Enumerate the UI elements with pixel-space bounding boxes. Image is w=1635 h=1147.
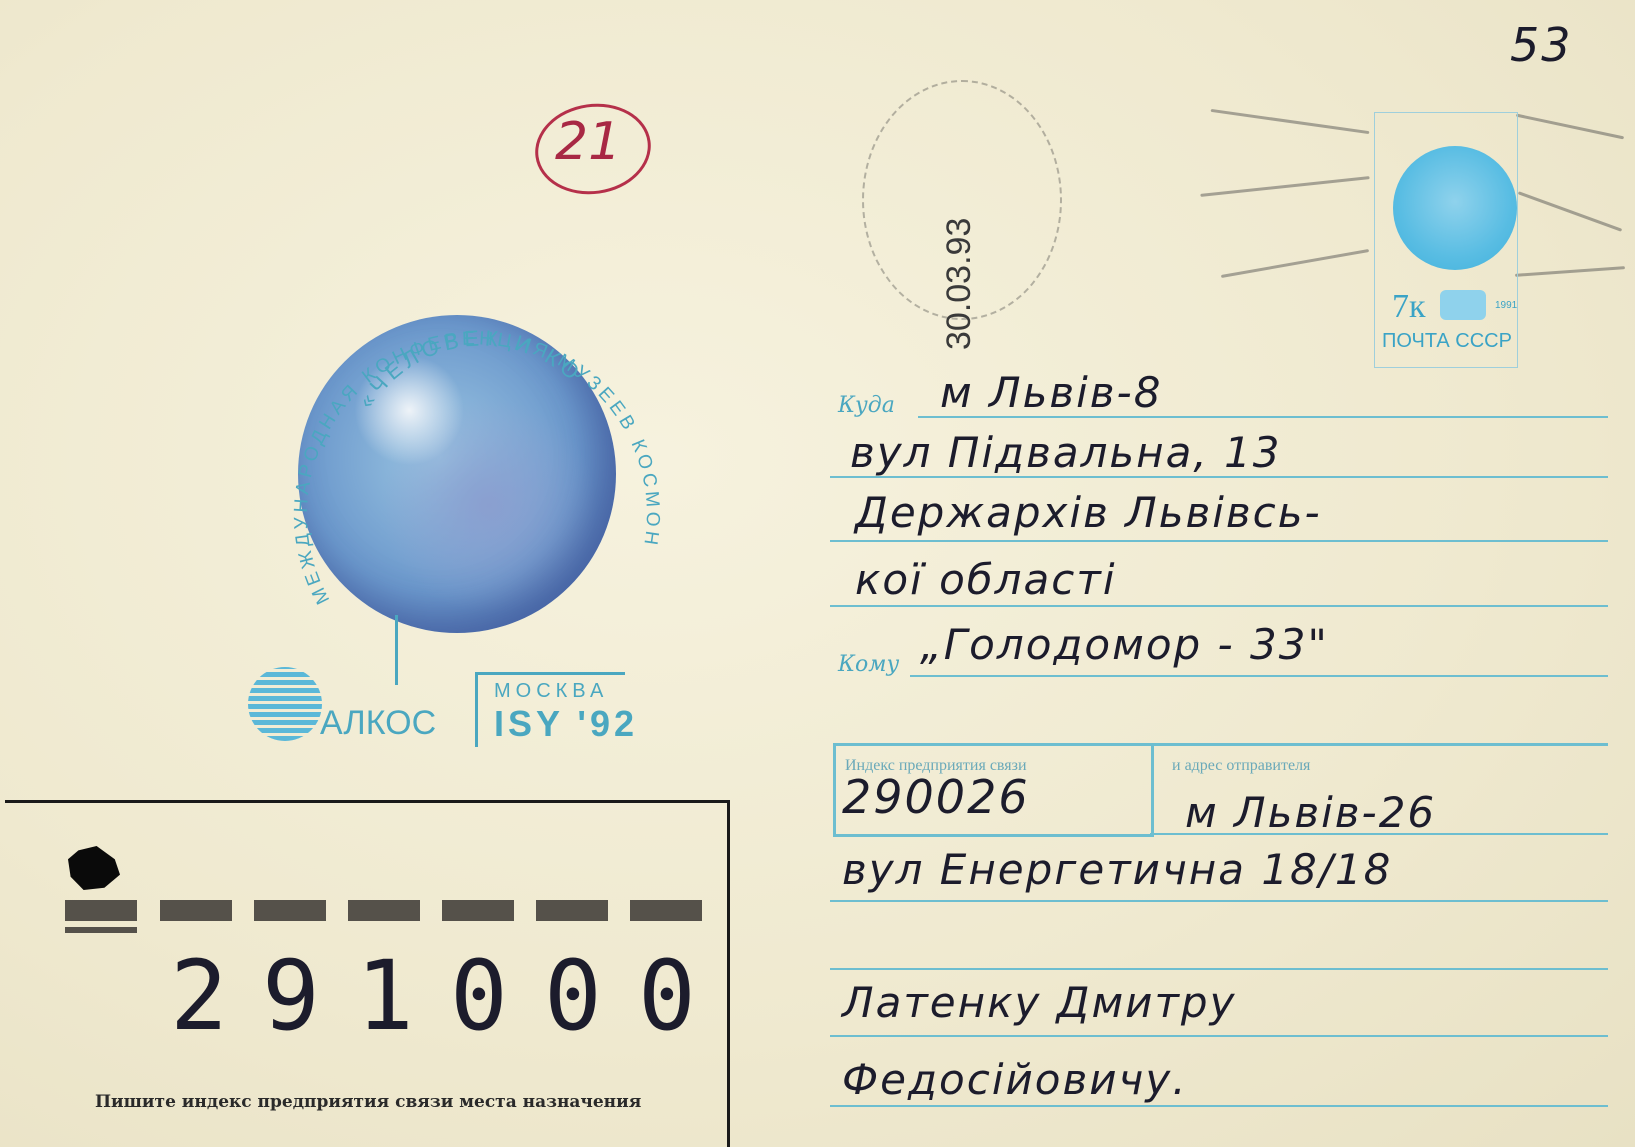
address-rule — [830, 968, 1608, 970]
recipient-line-2: вул Підвальна, 13 — [850, 428, 1282, 477]
postal-code-divider — [727, 800, 730, 1147]
globe-airplane-ship-icon — [1393, 146, 1517, 270]
code-bar — [65, 900, 137, 921]
code-bar-underline — [65, 927, 137, 933]
kuda-label: Куда — [838, 393, 895, 418]
address-rule — [830, 900, 1608, 902]
conference-arc-text: МЕЖДУНАРОДНАЯ КОНФЕРЕНЦИЯ МУЗЕЕВ КОСМОНА… — [250, 240, 670, 660]
code-bar — [442, 900, 514, 921]
stand-line — [475, 672, 478, 747]
postal-digit: 2 — [170, 940, 228, 1052]
code-bar — [536, 900, 608, 921]
postal-digit: 0 — [544, 940, 602, 1052]
recipient-name: „Голодомор - 33" — [920, 620, 1329, 669]
address-rule — [918, 416, 1608, 418]
alkos-logo-icon — [248, 667, 322, 741]
recipient-line-1: м Львів-8 — [940, 368, 1162, 417]
sender-line-3: Латенку Дмитру — [842, 978, 1236, 1027]
postal-code-divider — [5, 800, 730, 803]
code-bar — [160, 900, 232, 921]
postmark-date: 30.03.93 — [940, 218, 979, 350]
sender-top-rule — [1150, 743, 1608, 746]
recipient-line-4: кої області — [855, 555, 1117, 604]
corner-mark: 53 — [1510, 18, 1573, 72]
address-rule — [830, 1105, 1608, 1107]
postal-digit: 0 — [638, 940, 696, 1052]
emblem-icon — [1440, 290, 1486, 320]
sender-address-label: и адрес отправителя — [1172, 757, 1310, 775]
postal-digit: 1 — [356, 940, 414, 1052]
svg-text:МЕЖДУНАРОДНАЯ КОНФЕРЕНЦИЯ МУЗЕ: МЕЖДУНАРОДНАЯ КОНФЕРЕНЦИЯ МУЗЕЕВ КОСМОНА… — [250, 240, 663, 607]
recipient-line-3: Держархів Львівсь- — [855, 488, 1322, 537]
address-rule — [1150, 833, 1608, 835]
address-rule — [830, 476, 1608, 478]
stand-line — [395, 615, 398, 685]
address-rule — [830, 605, 1608, 607]
stamp-label: ПОЧТА СССР — [1382, 330, 1512, 353]
city-label: МОСКВА — [494, 680, 608, 703]
sender-line-2: вул Енергетична 18/18 — [842, 845, 1392, 894]
annotation-number: 21 — [555, 112, 621, 172]
stamp-year: 1991 — [1495, 300, 1517, 311]
sender-index-value: 290026 — [842, 770, 1030, 824]
event-label: ISY '92 — [494, 703, 638, 745]
code-bar — [348, 900, 420, 921]
address-rule — [910, 675, 1608, 677]
code-bar — [254, 900, 326, 921]
stamp-value: 7к — [1392, 288, 1426, 326]
alkos-logo-text: АЛКОС — [320, 704, 436, 743]
komu-label: Кому — [838, 652, 899, 677]
code-bar — [630, 900, 702, 921]
postal-digit: 0 — [450, 940, 508, 1052]
address-rule — [830, 1035, 1608, 1037]
postal-digit: 9 — [262, 940, 320, 1052]
svg-text:«ЧЕЛОВЕК И КОСМОС»: «ЧЕЛОВЕК И КОСМОС» — [250, 240, 588, 413]
sender-line-1: м Львів-26 — [1185, 788, 1436, 837]
postal-code-instruction: Пишите индекс предприятия связи места на… — [95, 1092, 641, 1112]
address-rule — [830, 540, 1608, 542]
sender-line-4: Федосійовичу. — [842, 1055, 1188, 1104]
stand-line — [475, 672, 625, 675]
